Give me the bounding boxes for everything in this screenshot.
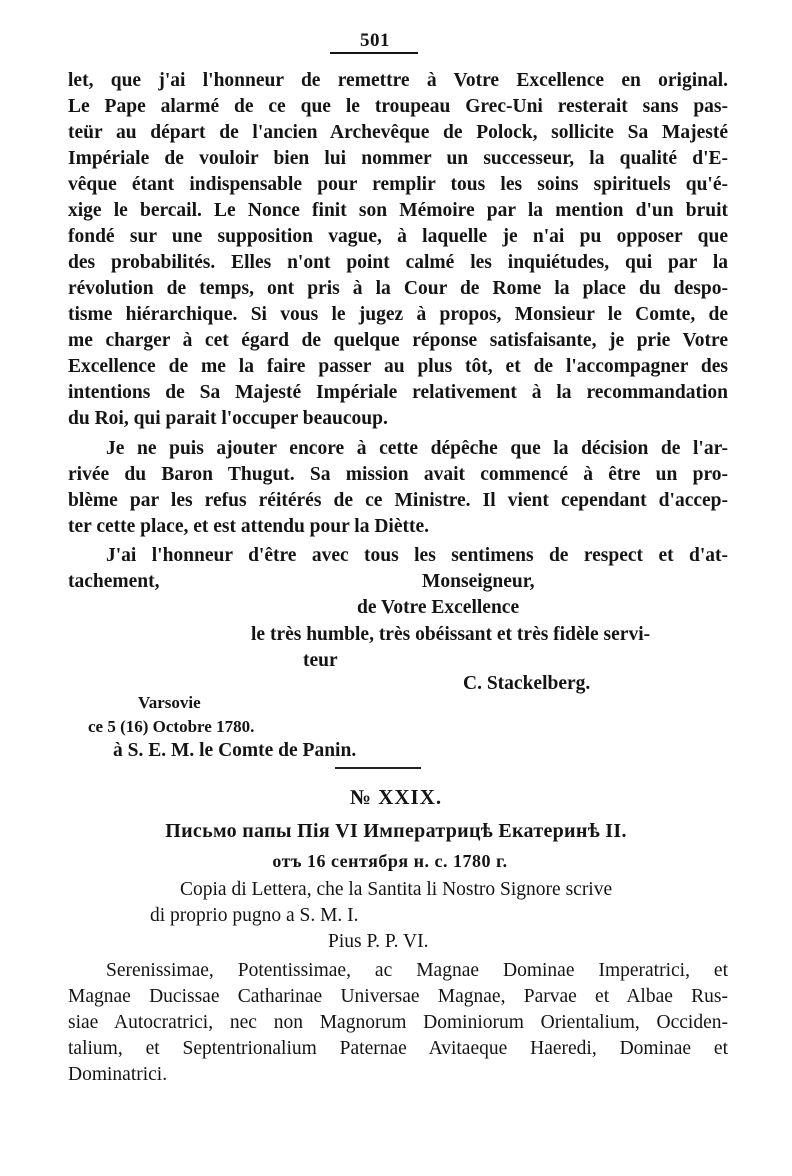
text-line: let, que j'ai l'honneur de remettre à Vo… [68, 68, 728, 94]
document-number: № XXIX. [0, 784, 792, 810]
closing-line: tachement, [68, 569, 160, 595]
page-number-rule [330, 52, 418, 54]
text-line: Serenissimae, Potentissimae, ac Magnae D… [106, 958, 728, 984]
signature: C. Stackelberg. [463, 671, 590, 697]
text-line: Le Pape alarmé de ce que le troupeau Gre… [68, 94, 728, 120]
intro-line: di proprio pugno a S. M. I. [150, 903, 359, 929]
text-line: intentions de Sa Majesté Impériale relat… [68, 380, 728, 406]
closing-line: teur [303, 648, 338, 674]
closing-line: de Votre Excellence [357, 595, 519, 621]
text-line: ter cette place, et est attendu pour la … [68, 514, 728, 540]
document-page: 501 let, que j'ai l'honneur de remettre … [0, 0, 792, 1176]
text-line: Impériale de vouloir bien lui nommer un … [68, 146, 728, 172]
text-line: siae Autocratrici, nec non Magnorum Domi… [68, 1010, 728, 1036]
text-line: blème par les refus réitérés de ce Minis… [68, 488, 728, 514]
text-line: teür au départ de l'ancien Archevêque de… [68, 120, 728, 146]
document-title: Письмо папы Пія VI Императрицѣ Екатеринѣ… [0, 818, 792, 844]
salutation: Monseigneur, [422, 569, 535, 595]
text-line: des probabilités. Elles n'ont point calm… [68, 250, 728, 276]
document-date: отъ 16 сентября н. с. 1780 г. [0, 848, 786, 874]
closing-line: le très humble, très obéissant et très f… [251, 622, 650, 648]
text-line: vêque étant indispensable pour remplir t… [68, 172, 728, 198]
date: ce 5 (16) Octobre 1780. [88, 714, 254, 740]
addressee: à S. E. M. le Comte de Panin. [113, 738, 356, 764]
section-divider [335, 767, 421, 769]
text-line: Dominatrici. [68, 1062, 728, 1088]
text-line: Je ne puis ajouter encore à cette dépêch… [106, 436, 728, 462]
closing-line: J'ai l'honneur d'être avec tous les sent… [106, 543, 728, 569]
text-line: Magnae Ducissae Catharinae Universae Mag… [68, 984, 728, 1010]
text-line: me charger à cet égard de quelque répons… [68, 328, 728, 354]
intro-line: Copia di Lettera, che la Santita li Nost… [180, 877, 612, 903]
text-line: xige le bercail. Le Nonce finit son Mémo… [68, 198, 728, 224]
page-number: 501 [330, 30, 420, 52]
text-line: révolution de temps, ont pris à la Cour … [68, 276, 728, 302]
place: Varsovie [138, 690, 201, 716]
text-line: fondé sur une supposition vague, à laque… [68, 224, 728, 250]
text-line: rivée du Baron Thugut. Sa mission avait … [68, 462, 728, 488]
text-line: tisme hiérarchique. Si vous le jugez à p… [68, 302, 728, 328]
text-line: Excellence de me la faire passer au plus… [68, 354, 728, 380]
text-line: du Roi, qui parait l'occuper beaucoup. [68, 406, 728, 432]
sender: Pius P. P. VI. [328, 929, 428, 955]
text-line: talium, et Septentrionalium Paternae Avi… [68, 1036, 728, 1062]
